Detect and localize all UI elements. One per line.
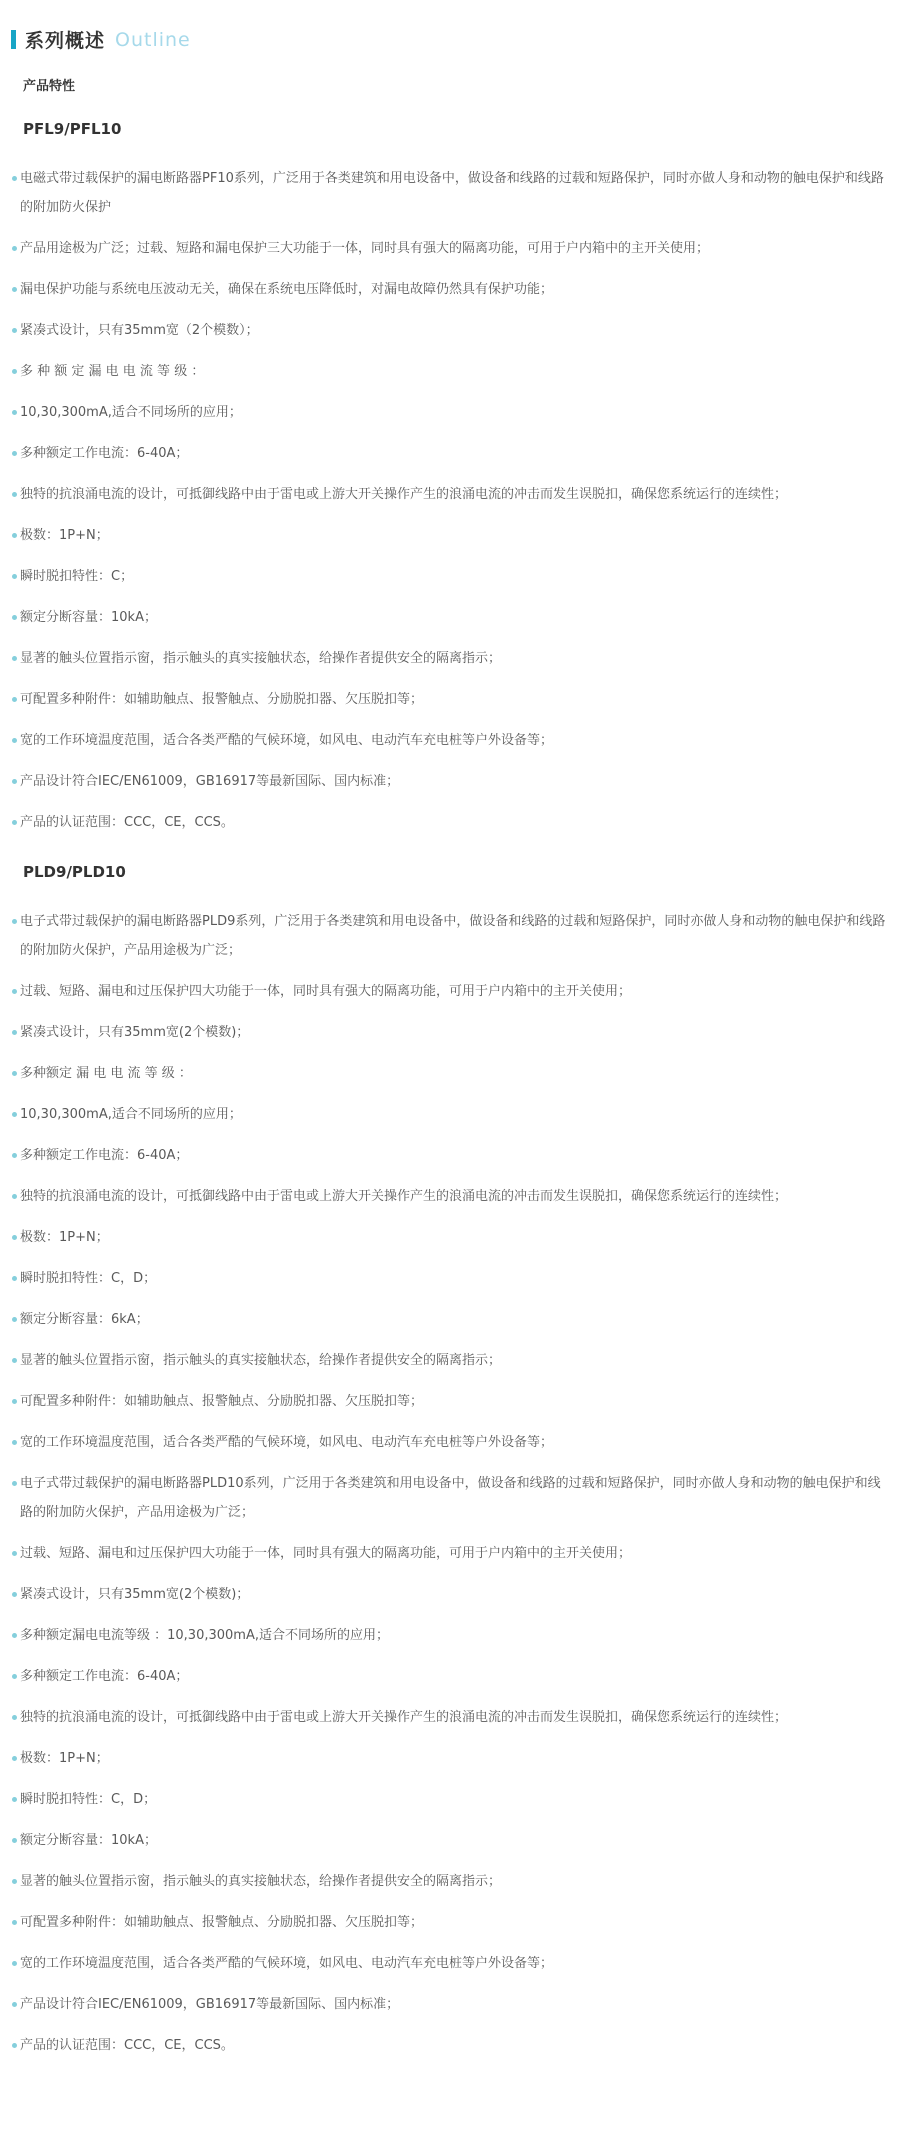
list-item: 紧凑式设计，只有35mm宽(2个模数)；: [12, 1018, 890, 1047]
bullet-icon: [12, 1112, 17, 1117]
feature-text: 电子式带过载保护的漏电断路器PLD10系列，广泛用于各类建筑和用电设备中，做设备…: [20, 1469, 890, 1527]
bullet-icon: [12, 1030, 17, 1035]
bullet-icon: [12, 1879, 17, 1884]
feature-text: 极数：1P+N；: [20, 1744, 890, 1773]
bullet-icon: [12, 410, 17, 415]
bullet-icon: [12, 246, 17, 251]
list-item: 产品设计符合IEC/EN61009，GB16917等最新国际、国内标准；: [12, 767, 890, 796]
bullet-icon: [12, 1797, 17, 1802]
feature-text: 产品用途极为广泛；过载、短路和漏电保护三大功能于一体，同时具有强大的隔离功能，可…: [20, 234, 890, 263]
list-item: 多种额定工作电流：6-40A；: [12, 1662, 890, 1691]
bullet-icon: [12, 2043, 17, 2048]
bullet-icon: [12, 656, 17, 661]
bullet-icon: [12, 1399, 17, 1404]
feature-text: 额定分断容量：10kA；: [20, 603, 890, 632]
list-item: 极数：1P+N；: [12, 521, 890, 550]
feature-text: 多种额定漏电电流等级 ：10,30,300mA,适合不同场所的应用；: [20, 1621, 890, 1650]
bullet-icon: [12, 1674, 17, 1679]
list-item: 产品的认证范围：CCC，CE，CCS。: [12, 2031, 890, 2060]
bullet-icon: [12, 1838, 17, 1843]
feature-text: 多 种 额 定 漏 电 电 流 等 级 ：: [20, 357, 890, 386]
list-item: 过载、短路、漏电和过压保护四大功能于一体，同时具有强大的隔离功能，可用于户内箱中…: [12, 1539, 890, 1568]
bullet-icon: [12, 2002, 17, 2007]
feature-text: 紧凑式设计，只有35mm宽（2个模数）；: [20, 316, 890, 345]
list-item: 极数：1P+N；: [12, 1744, 890, 1773]
list-item: 独特的抗浪涌电流的设计，可抵御线路中由于雷电或上游大开关操作产生的浪涌电流的冲击…: [12, 1703, 890, 1732]
feature-list: 电磁式带过载保护的漏电断路器PF10系列，广泛用于各类建筑和用电设备中，做设备和…: [12, 164, 890, 837]
list-item: 可配置多种附件：如辅助触点、报警触点、分励脱扣器、欠压脱扣等；: [12, 1908, 890, 1937]
feature-text: 显著的触头位置指示窗，指示触头的真实接触状态，给操作者提供安全的隔离指示；: [20, 1867, 890, 1896]
outline-content: PFL9/PFL10电磁式带过载保护的漏电断路器PF10系列，广泛用于各类建筑和…: [10, 120, 890, 2060]
list-item: 多 种 额 定 漏 电 电 流 等 级 ：: [12, 357, 890, 386]
list-item: 可配置多种附件：如辅助触点、报警触点、分励脱扣器、欠压脱扣等；: [12, 685, 890, 714]
feature-text: 10,30,300mA,适合不同场所的应用；: [20, 398, 890, 427]
bullet-icon: [12, 176, 17, 181]
list-item: 额定分断容量：10kA；: [12, 603, 890, 632]
list-item: 可配置多种附件：如辅助触点、报警触点、分励脱扣器、欠压脱扣等；: [12, 1387, 890, 1416]
bullet-icon: [12, 1358, 17, 1363]
feature-text: 宽的工作环境温度范围，适合各类严酷的气候环境，如风电、电动汽车充电桩等户外设备等…: [20, 1428, 890, 1457]
bullet-icon: [12, 1920, 17, 1925]
list-item: 显著的触头位置指示窗，指示触头的真实接触状态，给操作者提供安全的隔离指示；: [12, 1346, 890, 1375]
feature-text: 瞬时脱扣特性：C，D；: [20, 1785, 890, 1814]
list-item: 产品用途极为广泛；过载、短路和漏电保护三大功能于一体，同时具有强大的隔离功能，可…: [12, 234, 890, 263]
page-title-en: Outline: [115, 29, 191, 51]
bullet-icon: [12, 1235, 17, 1240]
feature-text: 宽的工作环境温度范围，适合各类严酷的气候环境，如风电、电动汽车充电桩等户外设备等…: [20, 1949, 890, 1978]
bullet-icon: [12, 369, 17, 374]
bullet-icon: [12, 779, 17, 784]
feature-text: 额定分断容量：10kA；: [20, 1826, 890, 1855]
feature-text: 显著的触头位置指示窗，指示触头的真实接触状态，给操作者提供安全的隔离指示；: [20, 644, 890, 673]
list-item: 紧凑式设计，只有35mm宽(2个模数)；: [12, 1580, 890, 1609]
list-item: 宽的工作环境温度范围，适合各类严酷的气候环境，如风电、电动汽车充电桩等户外设备等…: [12, 1428, 890, 1457]
feature-text: 紧凑式设计，只有35mm宽(2个模数)；: [20, 1580, 890, 1609]
feature-text: 显著的触头位置指示窗，指示触头的真实接触状态，给操作者提供安全的隔离指示；: [20, 1346, 890, 1375]
list-item: 瞬时脱扣特性：C，D；: [12, 1264, 890, 1293]
outline-page: 系列概述 Outline 产品特性 PFL9/PFL10电磁式带过载保护的漏电断…: [0, 0, 900, 2134]
bullet-icon: [12, 1153, 17, 1158]
feature-text: 多种额定 漏 电 电 流 等 级 ：: [20, 1059, 890, 1088]
product-features-label: 产品特性: [23, 75, 890, 94]
list-item: 紧凑式设计，只有35mm宽（2个模数）；: [12, 316, 890, 345]
list-item: 过载、短路、漏电和过压保护四大功能于一体，同时具有强大的隔离功能，可用于户内箱中…: [12, 977, 890, 1006]
bullet-icon: [12, 533, 17, 538]
feature-text: 产品设计符合IEC/EN61009，GB16917等最新国际、国内标准；: [20, 1990, 890, 2019]
list-item: 漏电保护功能与系统电压波动无关，确保在系统电压降低时，对漏电故障仍然具有保护功能…: [12, 275, 890, 304]
bullet-icon: [12, 1592, 17, 1597]
feature-text: 多种额定工作电流：6-40A；: [20, 1662, 890, 1691]
section-heading: PFL9/PFL10: [23, 120, 890, 138]
section-heading: PLD9/PLD10: [23, 863, 890, 881]
bullet-icon: [12, 1194, 17, 1199]
feature-text: 电子式带过载保护的漏电断路器PLD9系列，广泛用于各类建筑和用电设备中，做设备和…: [20, 907, 890, 965]
feature-text: 可配置多种附件：如辅助触点、报警触点、分励脱扣器、欠压脱扣等；: [20, 685, 890, 714]
feature-text: 额定分断容量：6kA；: [20, 1305, 890, 1334]
accent-bar-icon: [11, 30, 16, 49]
list-item: 多种额定工作电流：6-40A；: [12, 439, 890, 468]
bullet-icon: [12, 574, 17, 579]
list-item: 额定分断容量：10kA；: [12, 1826, 890, 1855]
list-item: 独特的抗浪涌电流的设计，可抵御线路中由于雷电或上游大开关操作产生的浪涌电流的冲击…: [12, 1182, 890, 1211]
feature-text: 紧凑式设计，只有35mm宽(2个模数)；: [20, 1018, 890, 1047]
bullet-icon: [12, 1961, 17, 1966]
feature-text: 宽的工作环境温度范围，适合各类严酷的气候环境，如风电、电动汽车充电桩等户外设备等…: [20, 726, 890, 755]
bullet-icon: [12, 1633, 17, 1638]
list-item: 显著的触头位置指示窗，指示触头的真实接触状态，给操作者提供安全的隔离指示；: [12, 644, 890, 673]
bullet-icon: [12, 492, 17, 497]
list-item: 产品设计符合IEC/EN61009，GB16917等最新国际、国内标准；: [12, 1990, 890, 2019]
feature-text: 10,30,300mA,适合不同场所的应用；: [20, 1100, 890, 1129]
bullet-icon: [12, 1756, 17, 1761]
bullet-icon: [12, 328, 17, 333]
feature-text: 独特的抗浪涌电流的设计，可抵御线路中由于雷电或上游大开关操作产生的浪涌电流的冲击…: [20, 1703, 890, 1732]
feature-text: 产品的认证范围：CCC，CE，CCS。: [20, 808, 890, 837]
list-item: 10,30,300mA,适合不同场所的应用；: [12, 1100, 890, 1129]
feature-text: 电磁式带过载保护的漏电断路器PF10系列，广泛用于各类建筑和用电设备中，做设备和…: [20, 164, 890, 222]
feature-text: 过载、短路、漏电和过压保护四大功能于一体，同时具有强大的隔离功能，可用于户内箱中…: [20, 1539, 890, 1568]
bullet-icon: [12, 1317, 17, 1322]
list-item: 瞬时脱扣特性：C，D；: [12, 1785, 890, 1814]
page-title-cn: 系列概述: [25, 26, 105, 53]
bullet-icon: [12, 451, 17, 456]
list-item: 宽的工作环境温度范围，适合各类严酷的气候环境，如风电、电动汽车充电桩等户外设备等…: [12, 1949, 890, 1978]
feature-text: 瞬时脱扣特性：C；: [20, 562, 890, 591]
bullet-icon: [12, 1071, 17, 1076]
bullet-icon: [12, 738, 17, 743]
feature-text: 可配置多种附件：如辅助触点、报警触点、分励脱扣器、欠压脱扣等；: [20, 1908, 890, 1937]
bullet-icon: [12, 1551, 17, 1556]
list-item: 产品的认证范围：CCC，CE，CCS。: [12, 808, 890, 837]
feature-text: 多种额定工作电流：6-40A；: [20, 439, 890, 468]
feature-text: 过载、短路、漏电和过压保护四大功能于一体，同时具有强大的隔离功能，可用于户内箱中…: [20, 977, 890, 1006]
bullet-icon: [12, 1440, 17, 1445]
feature-text: 独特的抗浪涌电流的设计，可抵御线路中由于雷电或上游大开关操作产生的浪涌电流的冲击…: [20, 1182, 890, 1211]
list-item: 极数：1P+N；: [12, 1223, 890, 1252]
bullet-icon: [12, 919, 17, 924]
list-item: 额定分断容量：6kA；: [12, 1305, 890, 1334]
feature-list: 电子式带过载保护的漏电断路器PLD9系列，广泛用于各类建筑和用电设备中，做设备和…: [12, 907, 890, 2060]
list-item: 多种额定 漏 电 电 流 等 级 ：: [12, 1059, 890, 1088]
bullet-icon: [12, 697, 17, 702]
list-item: 宽的工作环境温度范围，适合各类严酷的气候环境，如风电、电动汽车充电桩等户外设备等…: [12, 726, 890, 755]
feature-text: 可配置多种附件：如辅助触点、报警触点、分励脱扣器、欠压脱扣等；: [20, 1387, 890, 1416]
list-item: 多种额定工作电流：6-40A；: [12, 1141, 890, 1170]
bullet-icon: [12, 1481, 17, 1486]
feature-text: 极数：1P+N；: [20, 1223, 890, 1252]
feature-text: 漏电保护功能与系统电压波动无关，确保在系统电压降低时，对漏电故障仍然具有保护功能…: [20, 275, 890, 304]
list-item: 显著的触头位置指示窗，指示触头的真实接触状态，给操作者提供安全的隔离指示；: [12, 1867, 890, 1896]
feature-text: 瞬时脱扣特性：C，D；: [20, 1264, 890, 1293]
list-item: 独特的抗浪涌电流的设计，可抵御线路中由于雷电或上游大开关操作产生的浪涌电流的冲击…: [12, 480, 890, 509]
bullet-icon: [12, 1276, 17, 1281]
feature-text: 产品的认证范围：CCC，CE，CCS。: [20, 2031, 890, 2060]
bullet-icon: [12, 1715, 17, 1720]
feature-text: 产品设计符合IEC/EN61009，GB16917等最新国际、国内标准；: [20, 767, 890, 796]
list-item: 电子式带过载保护的漏电断路器PLD9系列，广泛用于各类建筑和用电设备中，做设备和…: [12, 907, 890, 965]
feature-text: 极数：1P+N；: [20, 521, 890, 550]
section-title: 系列概述 Outline: [11, 26, 890, 53]
bullet-icon: [12, 287, 17, 292]
bullet-icon: [12, 615, 17, 620]
feature-text: 多种额定工作电流：6-40A；: [20, 1141, 890, 1170]
bullet-icon: [12, 820, 17, 825]
list-item: 10,30,300mA,适合不同场所的应用；: [12, 398, 890, 427]
feature-text: 独特的抗浪涌电流的设计，可抵御线路中由于雷电或上游大开关操作产生的浪涌电流的冲击…: [20, 480, 890, 509]
bullet-icon: [12, 989, 17, 994]
list-item: 电子式带过载保护的漏电断路器PLD10系列，广泛用于各类建筑和用电设备中，做设备…: [12, 1469, 890, 1527]
list-item: 电磁式带过载保护的漏电断路器PF10系列，广泛用于各类建筑和用电设备中，做设备和…: [12, 164, 890, 222]
list-item: 多种额定漏电电流等级 ：10,30,300mA,适合不同场所的应用；: [12, 1621, 890, 1650]
list-item: 瞬时脱扣特性：C；: [12, 562, 890, 591]
